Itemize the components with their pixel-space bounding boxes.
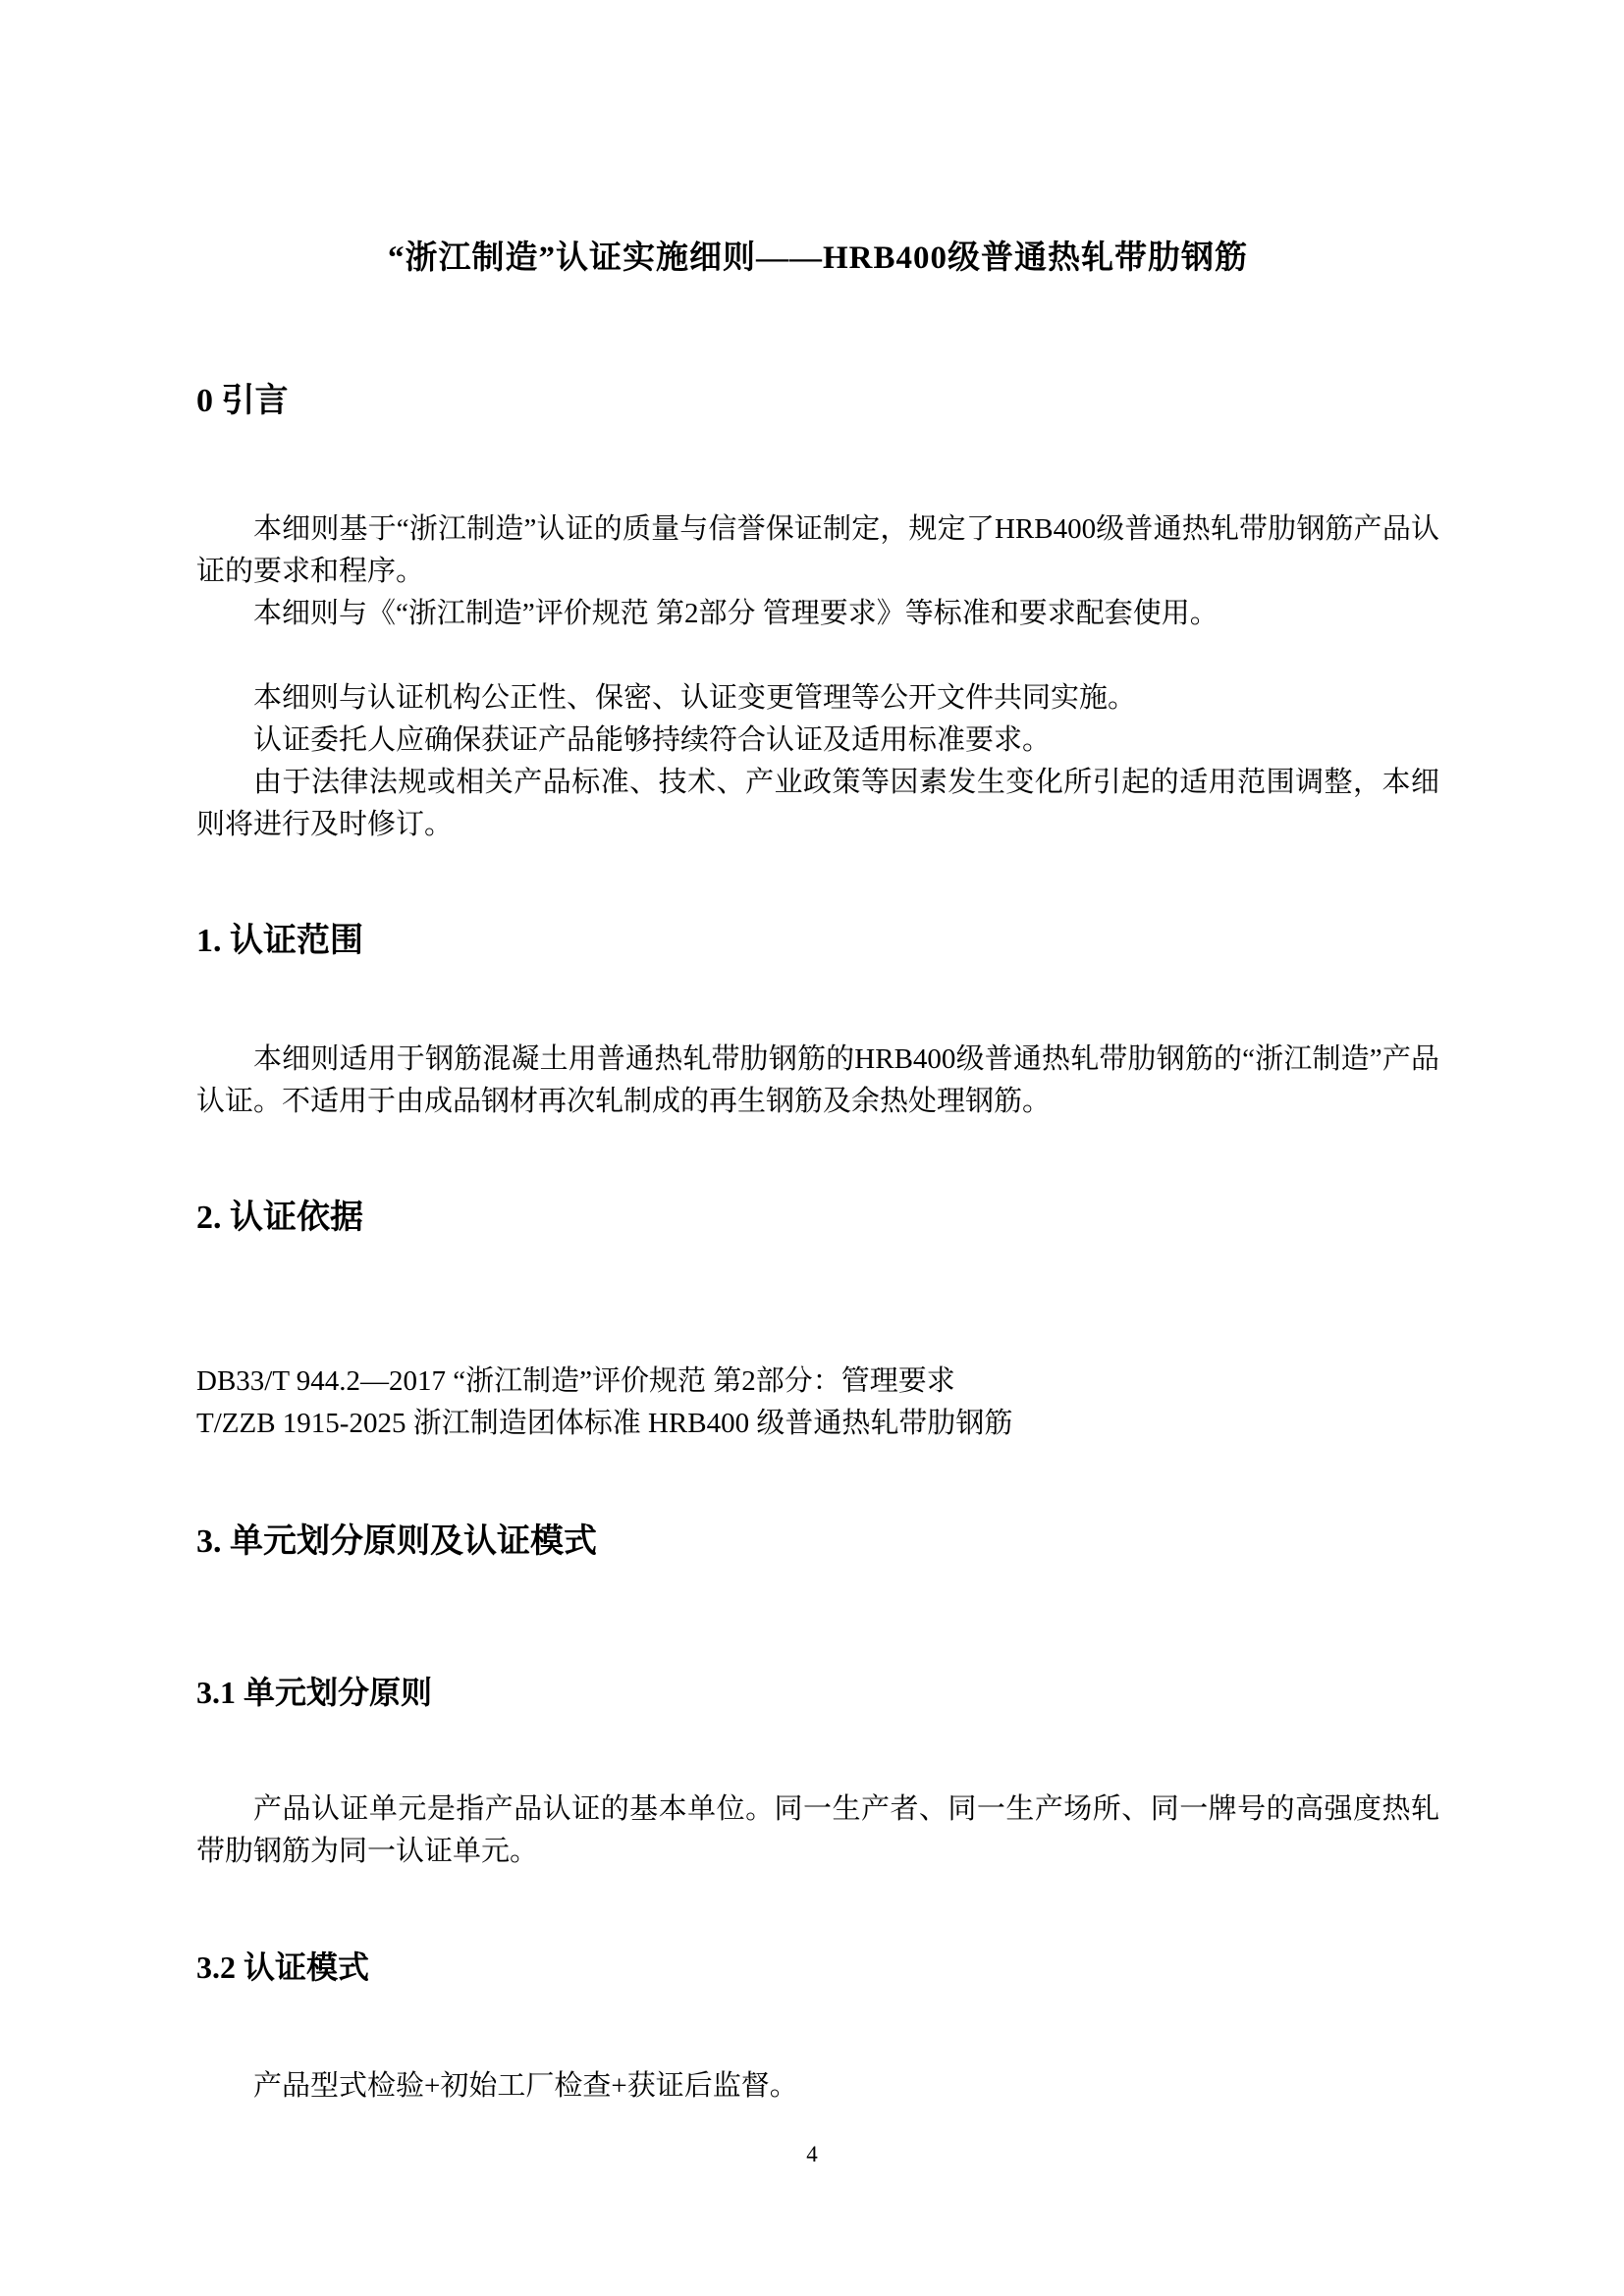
intro-paragraph-5: 由于法律法规或相关产品标准、技术、产业政策等因素发生变化所引起的适用范围调整，本… [196,762,1439,846]
intro-paragraph-1: 本细则基于“浙江制造”认证的质量与信誉保证制定，规定了HRB400级普通热轧带肋… [196,508,1439,593]
section-scope-heading: 1. 认证范围 [196,919,1439,964]
basis-reference-2: T/ZZB 1915-2025 浙江制造团体标准 HRB400 级普通热轧带肋钢… [196,1403,1439,1445]
section-basis-heading: 2. 认证依据 [196,1196,1439,1241]
subsection-unit-principle-heading: 3.1 单元划分原则 [196,1671,1439,1714]
intro-paragraph-4: 认证委托人应确保获证产品能够持续符合认证及适用标准要求。 [196,720,1439,762]
section-unit-mode-heading: 3. 单元划分原则及认证模式 [196,1520,1439,1565]
intro-paragraph-2: 本细则与《“浙江制造”评价规范 第2部分 管理要求》等标准和要求配套使用。 [196,593,1439,635]
unit-principle-paragraph-1: 产品认证单元是指产品认证的基本单位。同一生产者、同一生产场所、同一牌号的高强度热… [196,1789,1439,1873]
intro-paragraph-3: 本细则与认证机构公正性、保密、认证变更管理等公开文件共同实施。 [196,677,1439,720]
document-title: “浙江制造”认证实施细则——HRB400级普通热轧带肋钢筋 [196,236,1439,281]
section-intro-heading: 0 引言 [196,379,1439,424]
scope-paragraph-1: 本细则适用于钢筋混凝土用普通热轧带肋钢筋的HRB400级普通热轧带肋钢筋的“浙江… [196,1039,1439,1123]
page-number: 4 [0,2141,1624,2168]
subsection-cert-mode-heading: 3.2 认证模式 [196,1946,1439,1989]
basis-reference-1: DB33/T 944.2—2017 “浙江制造”评价规范 第2部分：管理要求 [196,1361,1439,1403]
document-page: “浙江制造”认证实施细则——HRB400级普通热轧带肋钢筋 0 引言 本细则基于… [0,0,1624,2296]
cert-mode-paragraph-1: 产品型式检验+初始工厂检查+获证后监督。 [196,2065,1439,2108]
